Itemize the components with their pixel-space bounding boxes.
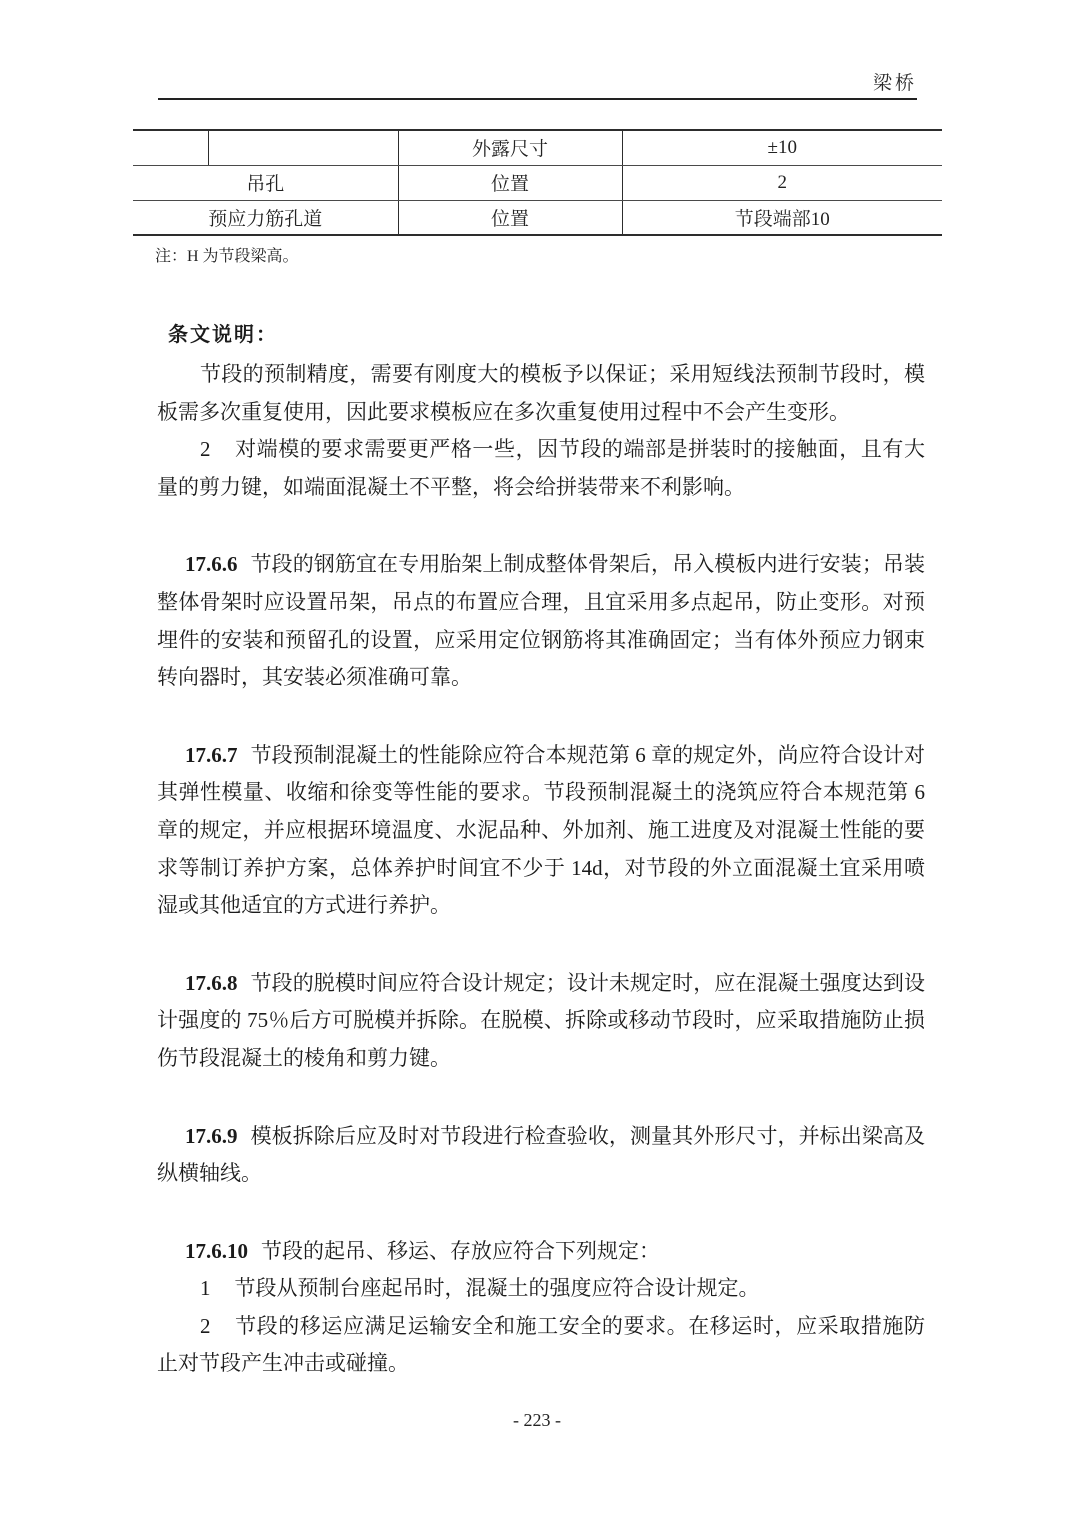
clause-number: 17.6.7 — [185, 743, 238, 767]
clause-number: 17.6.9 — [185, 1124, 238, 1148]
paragraph-text: 对端模的要求需要更严格一些，因节段的端部是拼装时的接触面，且有大量的剪力键，如端… — [157, 437, 925, 499]
clause-text: 节段的起吊、移运、存放应符合下列规定： — [261, 1239, 660, 1263]
table-cell-check: 位置 — [398, 165, 622, 200]
clause-text: 节段预制混凝土的性能除应符合本规范第 6 章的规定外，尚应符合设计对其弹性模量、… — [157, 743, 925, 917]
clause-item-1: 1节段从预制台座起吊时，混凝土的强度应符合设计规定。 — [157, 1270, 925, 1308]
table-cell-item: 预应力筋孔道 — [133, 200, 398, 235]
clause-number: 17.6.6 — [185, 552, 238, 576]
table-cell-check: 位置 — [398, 200, 622, 235]
document-body: 条文说明： 节段的预制精度，需要有刚度大的模板予以保证；采用短线法预制节段时，模… — [157, 316, 925, 1383]
page-header: 梁桥 — [158, 0, 917, 100]
paragraph-number: 2 — [200, 437, 211, 461]
table-row: 预应力筋孔道 位置 节段端部10 — [133, 200, 942, 235]
clause-text: 节段的脱模时间应符合设计规定；设计未规定时，应在混凝土强度达到设计强度的 75％… — [157, 971, 925, 1070]
running-title: 梁桥 — [873, 73, 917, 94]
clause-17-6-8: 17.6.8节段的脱模时间应符合设计规定；设计未规定时，应在混凝土强度达到设计强… — [157, 965, 925, 1078]
clause-text: 模板拆除后应及时对节段进行检查验收，测量其外形尺寸，并标出梁高及纵横轴线。 — [157, 1124, 925, 1186]
clause-number: 17.6.10 — [185, 1239, 248, 1263]
table-cell-item-sub — [208, 130, 398, 165]
page-footer: - 223 - — [0, 1401, 1074, 1439]
table-row: 外露尺寸 ±10 — [133, 130, 942, 165]
table-cell-tolerance: ±10 — [622, 130, 942, 165]
commentary-paragraph: 节段的预制精度，需要有刚度大的模板予以保证；采用短线法预制节段时，模板需多次重复… — [157, 356, 925, 431]
clause-17-6-10: 17.6.10节段的起吊、移运、存放应符合下列规定： — [157, 1233, 925, 1271]
clause-text: 节段的钢筋宜在专用胎架上制成整体骨架后，吊入模板内进行安装；吊装整体骨架时应设置… — [157, 552, 925, 689]
item-number: 2 — [200, 1314, 211, 1338]
paragraph-text: 节段的预制精度，需要有刚度大的模板予以保证；采用短线法预制节段时，模板需多次重复… — [157, 362, 925, 424]
table-cell-item-sub — [133, 130, 208, 165]
item-number: 1 — [200, 1276, 211, 1300]
commentary-paragraph: 2对端模的要求需要更严格一些，因节段的端部是拼装时的接触面，且有大量的剪力键，如… — [157, 431, 925, 506]
document-page: 梁桥 外露尺寸 ±10 吊孔 位置 2 预应力筋孔道 位置 节段端部10 — [0, 0, 1074, 1520]
clause-item-2: 2节段的移运应满足运输安全和施工安全的要求。在移运时，应采取措施防止对节段产生冲… — [157, 1308, 925, 1383]
tolerance-table: 外露尺寸 ±10 吊孔 位置 2 预应力筋孔道 位置 节段端部10 — [133, 129, 942, 236]
clause-17-6-6: 17.6.6节段的钢筋宜在专用胎架上制成整体骨架后，吊入模板内进行安装；吊装整体… — [157, 546, 925, 696]
commentary-heading: 条文说明： — [168, 316, 925, 354]
table-note: 注：H 为节段梁高。 — [155, 243, 1074, 266]
table-cell-item: 吊孔 — [133, 165, 398, 200]
table-cell-check: 外露尺寸 — [398, 130, 622, 165]
table-cell-tolerance: 2 — [622, 165, 942, 200]
clause-number: 17.6.8 — [185, 971, 238, 995]
page-number: - 223 - — [513, 1410, 561, 1430]
clause-17-6-9: 17.6.9模板拆除后应及时对节段进行检查验收，测量其外形尺寸，并标出梁高及纵横… — [157, 1118, 925, 1193]
clause-17-6-7: 17.6.7节段预制混凝土的性能除应符合本规范第 6 章的规定外，尚应符合设计对… — [157, 737, 925, 925]
item-text: 节段从预制台座起吊时，混凝土的强度应符合设计规定。 — [235, 1276, 760, 1300]
item-text: 节段的移运应满足运输安全和施工安全的要求。在移运时，应采取措施防止对节段产生冲击… — [157, 1314, 925, 1376]
table-row: 吊孔 位置 2 — [133, 165, 942, 200]
table-cell-tolerance: 节段端部10 — [622, 200, 942, 235]
